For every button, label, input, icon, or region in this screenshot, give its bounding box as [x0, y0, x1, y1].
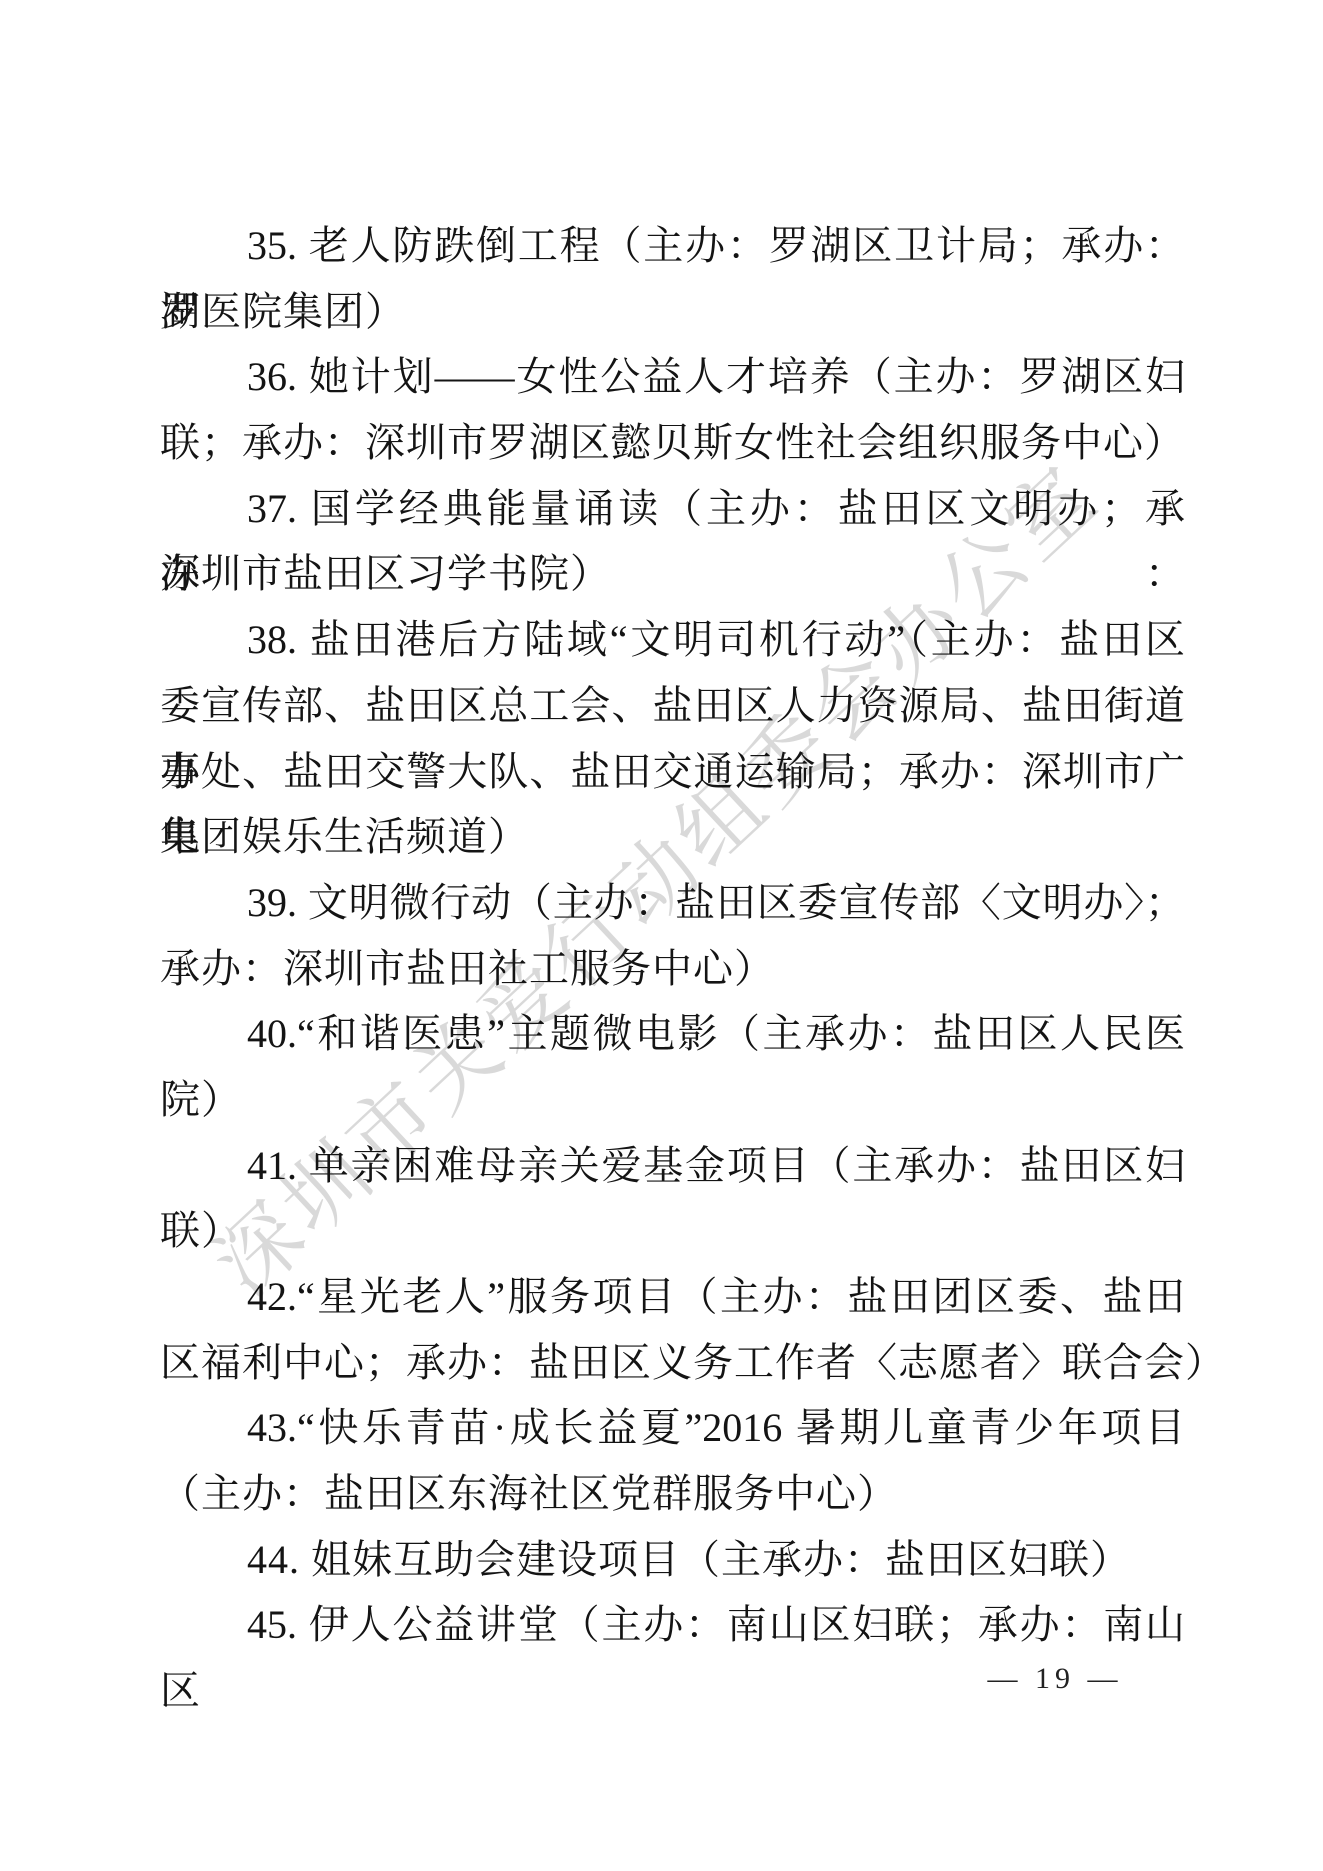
document-line: （主办：盐田区东海社区党群服务中心）	[160, 1461, 1185, 1527]
document-line: 36. 她计划——女性公益人才培养（主办：罗湖区妇	[160, 344, 1185, 410]
document-line: 委宣传部、盐田区总工会、盐田区人力资源局、盐田街道办	[160, 673, 1185, 739]
document-line: 43.“快乐青苗·成长益夏”2016 暑期儿童青少年项目	[160, 1395, 1185, 1461]
document-line: 院）	[160, 1067, 1185, 1133]
document-line: 联）	[160, 1198, 1185, 1264]
document-line: 35. 老人防跌倒工程（主办：罗湖区卫计局；承办：罗	[160, 213, 1185, 279]
document-line: 湖医院集团）	[160, 279, 1185, 345]
document-text-block: 35. 老人防跌倒工程（主办：罗湖区卫计局；承办：罗湖医院集团）36. 她计划—…	[160, 213, 1185, 1658]
document-line: 区福利中心；承办：盐田区义务工作者〈志愿者〉联合会）	[160, 1330, 1185, 1396]
document-line: 45. 伊人公益讲堂（主办：南山区妇联；承办：南山区	[160, 1592, 1185, 1658]
document-line: 41. 单亲困难母亲关爱基金项目（主承办：盐田区妇	[160, 1133, 1185, 1199]
page-number: — 19 —	[975, 1662, 1135, 1696]
document-line: 37. 国学经典能量诵读（主办：盐田区文明办；承办：	[160, 476, 1185, 542]
document-line: 39. 文明微行动（主办：盐田区委宣传部〈文明办〉；	[160, 870, 1185, 936]
document-line: 事处、盐田交警大队、盐田交通运输局；承办：深圳市广电	[160, 739, 1185, 805]
document-line: 42.“星光老人”服务项目（主办：盐田团区委、盐田	[160, 1264, 1185, 1330]
document-line: 集团娱乐生活频道）	[160, 804, 1185, 870]
document-line: 承办：深圳市盐田社工服务中心）	[160, 936, 1185, 1002]
document-line: 44. 姐妹互助会建设项目（主承办：盐田区妇联）	[160, 1527, 1185, 1593]
document-line: 38. 盐田港后方陆域“文明司机行动”（主办：盐田区	[160, 607, 1185, 673]
document-page: 深圳市关爱行动组委会办公室 35. 老人防跌倒工程（主办：罗湖区卫计局；承办：罗…	[0, 0, 1323, 1871]
document-line: 联；承办：深圳市罗湖区懿贝斯女性社会组织服务中心）	[160, 410, 1185, 476]
document-line: 40.“和谐医患”主题微电影（主承办：盐田区人民医	[160, 1001, 1185, 1067]
